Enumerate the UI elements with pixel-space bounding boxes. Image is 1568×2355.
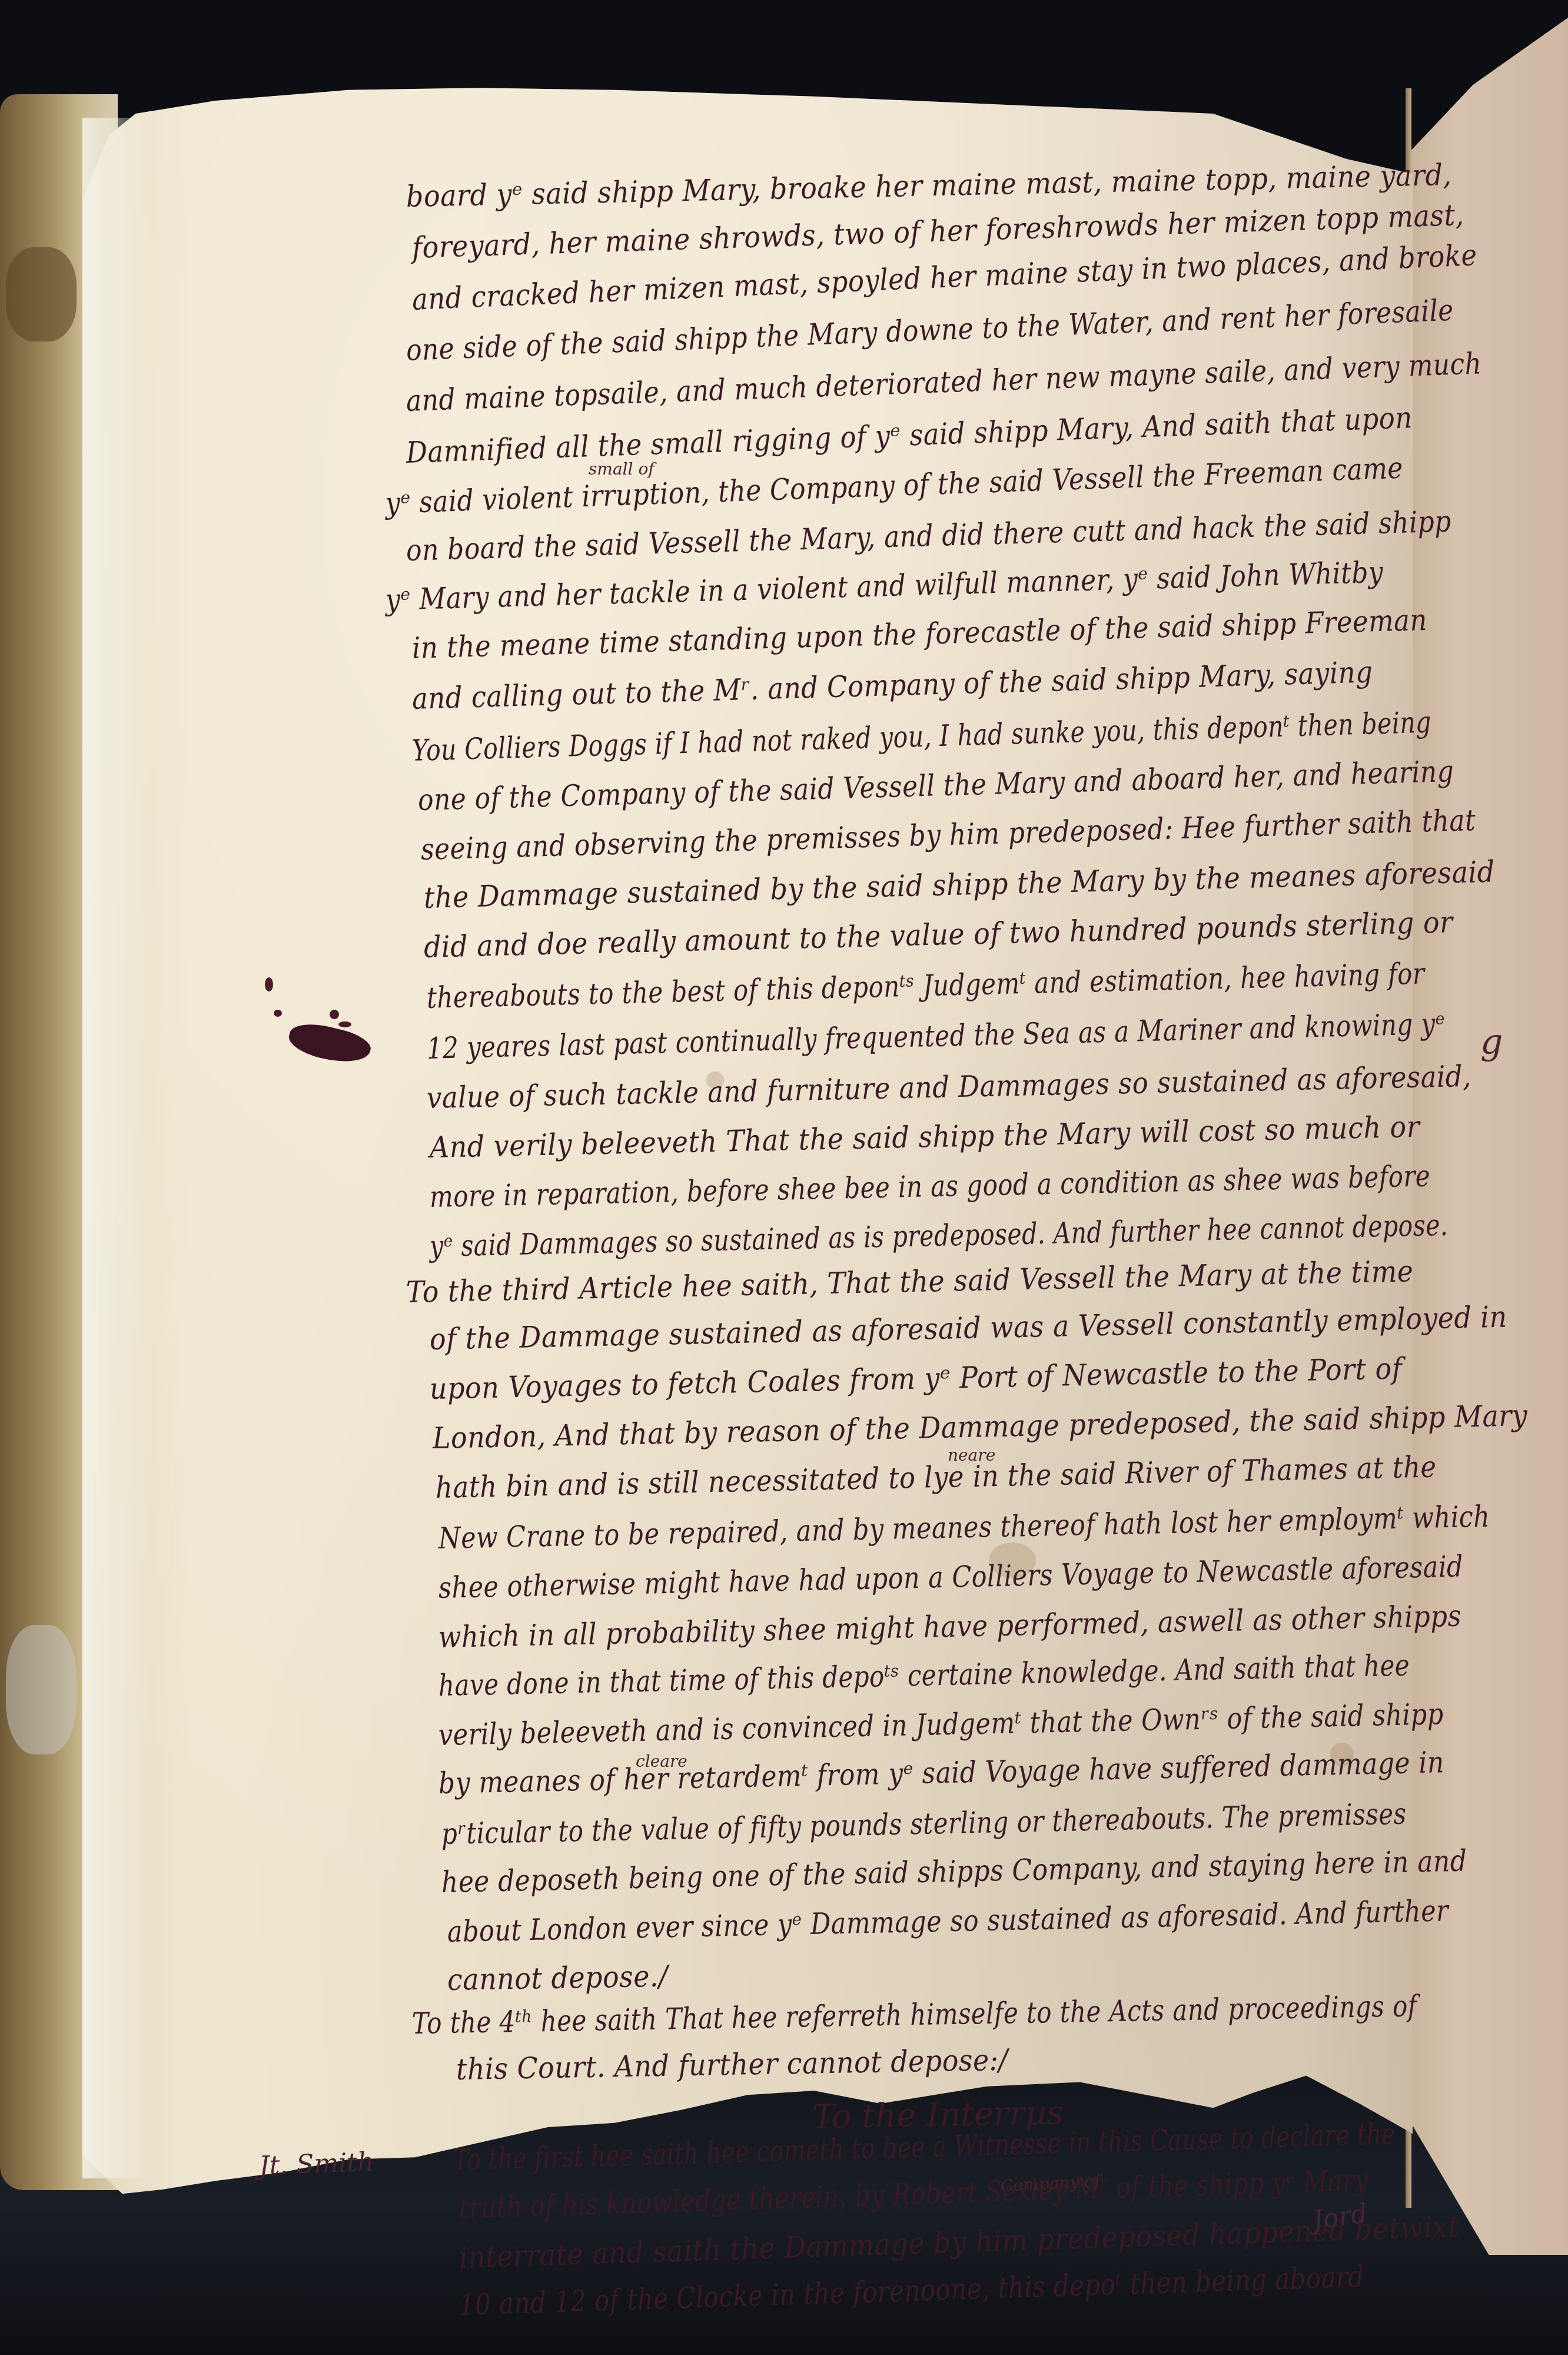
interlinear-insertion: cleare [636,1752,687,1771]
ink-spatter [330,1010,339,1019]
ink-spatter [338,1021,351,1027]
ink-spatter [265,977,273,991]
interlinear-insertion: neare [948,1445,995,1465]
page-edge-highlight [82,118,153,2178]
stain [6,247,77,341]
facing-page-mark: g [1480,1021,1503,1063]
stain [6,1625,77,1754]
interlinear-insertion: small of [589,459,655,479]
text-line: cannot depose./ [447,1959,668,1997]
ink-spatter [274,1010,282,1017]
margin-note-witness: Jt. Smith [258,2147,374,2181]
